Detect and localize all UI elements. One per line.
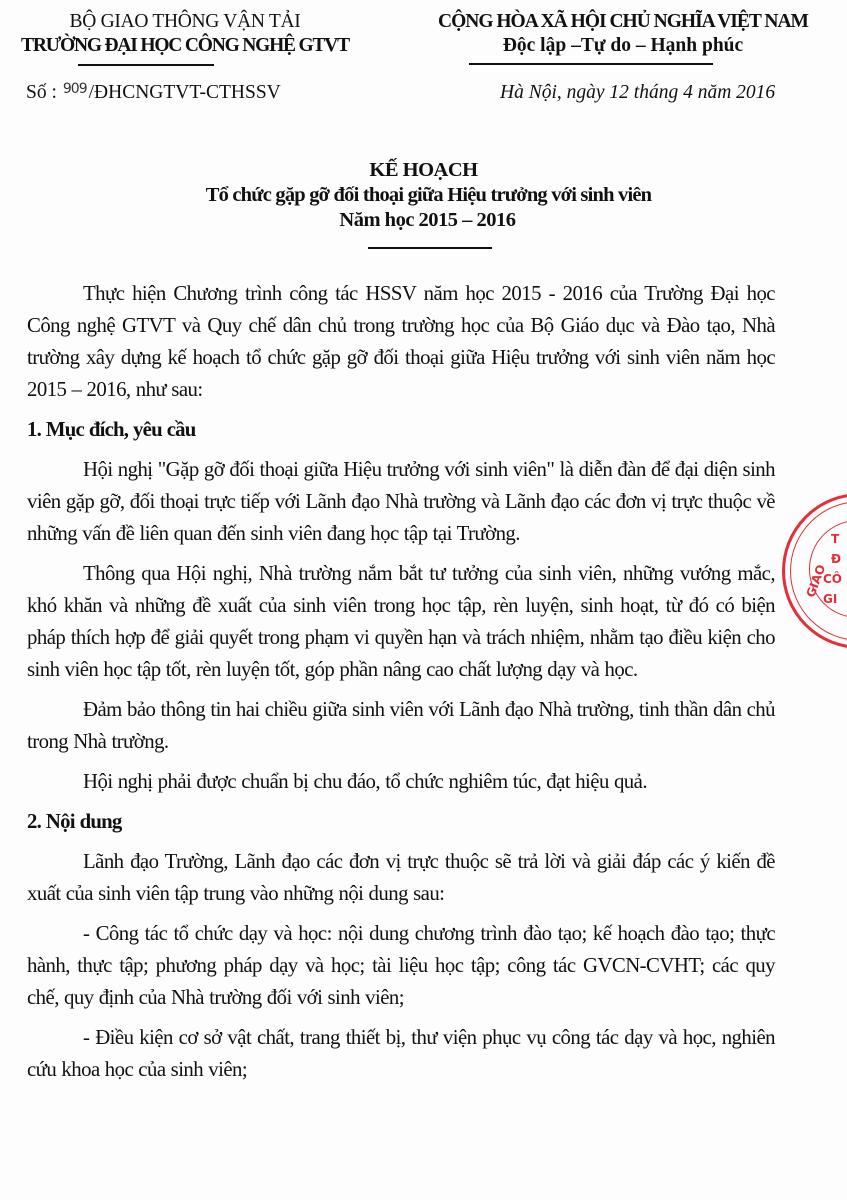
section-1-paragraph-3: Đảm bảo thông tin hai chiều giữa sinh vi… bbox=[27, 694, 775, 758]
school-name: TRƯỜNG ĐẠI HỌC CÔNG NGHỆ GTVT bbox=[0, 34, 370, 58]
section-1-paragraph-1: Hội nghị "Gặp gỡ đối thoại giữa Hiệu trư… bbox=[27, 454, 775, 550]
section-1-paragraph-4: Hội nghị phải được chuẩn bị chu đáo, tổ … bbox=[27, 766, 775, 798]
title-line-1: KẾ HOẠCH bbox=[0, 158, 847, 183]
title-line-3: Năm học 2015 – 2016 bbox=[0, 208, 847, 233]
intro-paragraph: Thực hiện Chương trình công tác HSSV năm… bbox=[27, 278, 775, 406]
national-header: CỘNG HÒA XÃ HỘI CHỦ NGHĨA VIỆT NAM Độc l… bbox=[408, 10, 838, 58]
issuing-authority: BỘ GIAO THÔNG VẬN TẢI TRƯỜNG ĐẠI HỌC CÔN… bbox=[0, 10, 370, 58]
title-line-2: Tổ chức gặp gỡ đối thoại giữa Hiệu trưởn… bbox=[0, 183, 847, 208]
section-2-item-1: - Công tác tổ chức dạy và học: nội dung … bbox=[27, 918, 775, 1014]
document-number: Số :909/ĐHCNGTVT-CTHSSV bbox=[26, 82, 281, 104]
section-2-item-2: - Điều kiện cơ sở vật chất, trang thiết … bbox=[27, 1022, 775, 1086]
header-divider-right bbox=[469, 63, 713, 65]
document-number-label: Số : bbox=[26, 82, 57, 103]
seal-center-line-4: GI bbox=[823, 592, 837, 606]
document-title: KẾ HOẠCH Tổ chức gặp gỡ đối thoại giữa H… bbox=[0, 158, 847, 233]
ministry-name: BỘ GIAO THÔNG VẬN TẢI bbox=[0, 10, 370, 34]
nation-name: CỘNG HÒA XÃ HỘI CHỦ NGHĨA VIỆT NAM bbox=[408, 10, 838, 34]
section-2-heading: 2. Nội dung bbox=[27, 806, 775, 838]
place-date: Hà Nội, ngày 12 tháng 4 năm 2016 bbox=[500, 82, 775, 104]
seal-center-line-2: Đ bbox=[831, 552, 841, 566]
title-divider bbox=[368, 247, 492, 249]
seal-center-line-1: T bbox=[831, 532, 839, 546]
document-number-code: /ĐHCNGTVT-CTHSSV bbox=[89, 82, 281, 103]
official-seal-stamp: GIAO T Đ CÔ GI bbox=[782, 493, 847, 649]
document-number-handwritten: 909 bbox=[63, 81, 87, 97]
section-1-paragraph-2: Thông qua Hội nghị, Nhà trường nắm bắt t… bbox=[27, 558, 775, 686]
seal-center-line-3: CÔ bbox=[823, 572, 842, 586]
header-divider-left bbox=[78, 64, 214, 66]
section-2-paragraph-1: Lãnh đạo Trường, Lãnh đạo các đơn vị trự… bbox=[27, 846, 775, 910]
section-1-heading: 1. Mục đích, yêu cầu bbox=[27, 414, 775, 446]
national-motto: Độc lập –Tự do – Hạnh phúc bbox=[408, 34, 838, 58]
document-body: Thực hiện Chương trình công tác HSSV năm… bbox=[27, 278, 775, 1086]
